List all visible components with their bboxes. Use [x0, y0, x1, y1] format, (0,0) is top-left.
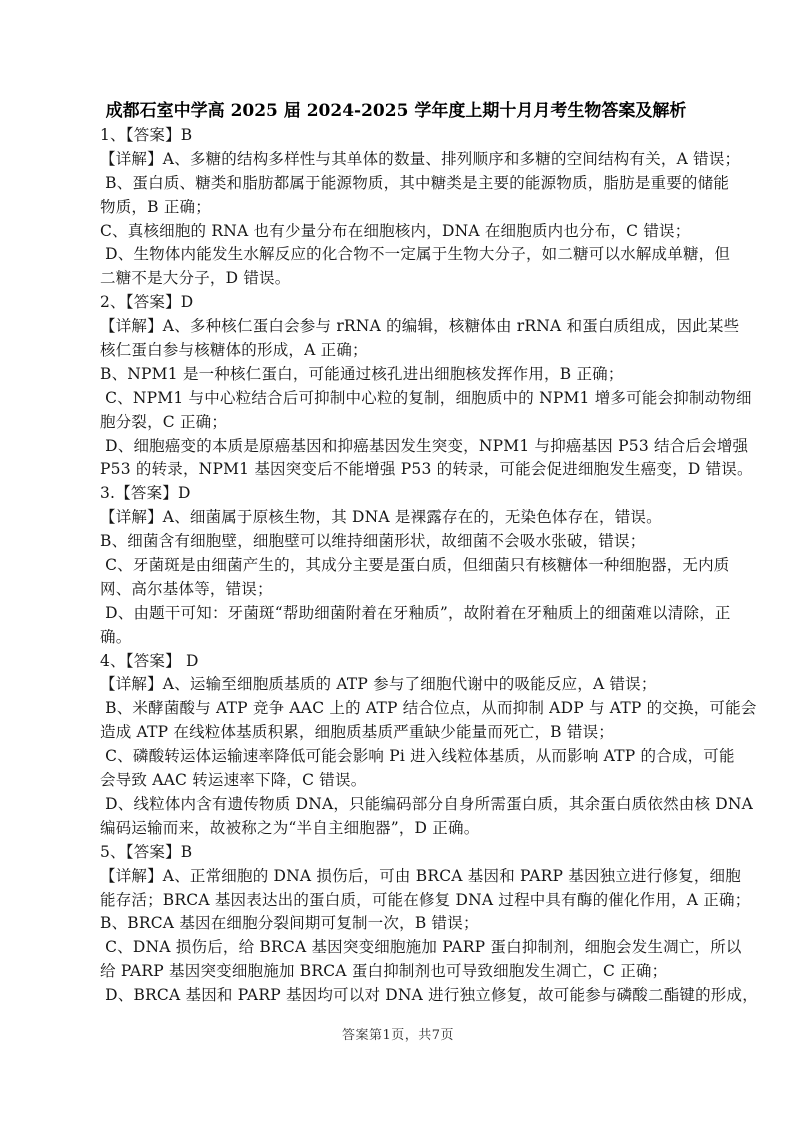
text-line: 能存活；BRCA 基因表达出的蛋白质，可能在修复 DNA 过程中具有酶的催化作用… — [100, 889, 696, 913]
question-block-3: 3.【答案】D 【详解】A、细菌属于原核生物，其 DNA 是裸露存在的，无染色体… — [100, 482, 696, 649]
text-line: D、线粒体内含有遗传物质 DNA，只能编码部分自身所需蛋白质，其余蛋白质依然由核… — [100, 793, 696, 817]
text-line: 核仁蛋白参与核糖体的形成，A 正确； — [100, 339, 696, 363]
question-block-1: 1、【答案】B 【详解】A、多糖的结构多样性与其单体的数量、排列顺序和多糖的空间… — [100, 124, 696, 291]
text-line: C、磷酸转运体运输速率降低可能会影响 Pi 进入线粒体基质，从而影响 ATP 的… — [100, 745, 696, 769]
text-line: 【详解】A、多种核仁蛋白会参与 rRNA 的编辑，核糖体由 rRNA 和蛋白质组… — [100, 315, 696, 339]
page-title: 成都石室中学高 2025 届 2024-2025 学年度上期十月月考生物答案及解… — [88, 96, 704, 121]
text-line: 胞分裂，C 正确； — [100, 411, 696, 435]
answer-line: 5、【答案】B — [100, 841, 696, 865]
answer-line: 2、【答案】D — [100, 291, 696, 315]
answer-line: 3.【答案】D — [100, 482, 696, 506]
text-line: B、BRCA 基因在细胞分裂间期可复制一次，B 错误； — [100, 912, 696, 936]
answer-line: 1、【答案】B — [100, 124, 696, 148]
text-line: D、细胞癌变的本质是原癌基因和抑癌基因发生突变，NPM1 与抑癌基因 P53 结… — [100, 435, 696, 459]
answer-line: 4、【答案】 D — [100, 650, 696, 674]
text-line: 编码运输而来，故被称之为“半自主细胞器”，D 正确。 — [100, 817, 696, 841]
question-block-5: 5、【答案】B 【详解】A、正常细胞的 DNA 损伤后，可由 BRCA 基因和 … — [100, 841, 696, 1008]
document-page: 成都石室中学高 2025 届 2024-2025 学年度上期十月月考生物答案及解… — [0, 0, 793, 1122]
page-footer: 答案第1页，共7页 — [100, 1024, 696, 1043]
question-block-4: 4、【答案】 D 【详解】A、运输至细胞质基质的 ATP 参与了细胞代谢中的吸能… — [100, 650, 696, 841]
text-line: C、DNA 损伤后，给 BRCA 基因突变细胞施加 PARP 蛋白抑制剂，细胞会… — [100, 936, 696, 960]
text-line: 【详解】A、正常细胞的 DNA 损伤后，可由 BRCA 基因和 PARP 基因独… — [100, 865, 696, 889]
text-line: B、米酵菌酸与 ATP 竞争 AAC 上的 ATP 结合位点，从而抑制 ADP … — [100, 697, 696, 721]
text-line: 物质，B 正确； — [100, 196, 696, 220]
text-line: B、蛋白质、糖类和脂肪都属于能源物质，其中糖类是主要的能源物质，脂肪是重要的储能 — [100, 172, 696, 196]
text-line: 给 PARP 基因突变细胞施加 BRCA 蛋白抑制剂也可导致细胞发生凋亡，C 正… — [100, 960, 696, 984]
text-line: B、细菌含有细胞壁，细胞壁可以维持细菌形状，故细菌不会吸水张破，错误； — [100, 530, 696, 554]
question-block-2: 2、【答案】D 【详解】A、多种核仁蛋白会参与 rRNA 的编辑，核糖体由 rR… — [100, 291, 696, 482]
text-line: 【详解】A、多糖的结构多样性与其单体的数量、排列顺序和多糖的空间结构有关，A 错… — [100, 148, 696, 172]
text-line: P53 的转录，NPM1 基因突变后不能增强 P53 的转录，可能会促进细胞发生… — [100, 458, 696, 482]
text-line: C、真核细胞的 RNA 也有少量分布在细胞核内，DNA 在细胞质内也分布，C 错… — [100, 220, 696, 244]
text-line: D、由题干可知：牙菌斑“帮助细菌附着在牙釉质”，故附着在牙釉质上的细菌难以清除，… — [100, 602, 696, 626]
text-line: B、NPM1 是一种核仁蛋白，可能通过核孔进出细胞核发挥作用，B 正确； — [100, 363, 696, 387]
text-line: C、牙菌斑是由细菌产生的，其成分主要是蛋白质，但细菌只有核糖体一种细胞器，无内质 — [100, 554, 696, 578]
text-line: D、生物体内能发生水解反应的化合物不一定属于生物大分子，如二糖可以水解成单糖，但 — [100, 243, 696, 267]
text-line: 确。 — [100, 626, 696, 650]
text-line: 网、高尔基体等，错误； — [100, 578, 696, 602]
text-line: D、BRCA 基因和 PARP 基因均可以对 DNA 进行独立修复，故可能参与磷… — [100, 984, 696, 1008]
text-line: 【详解】A、运输至细胞质基质的 ATP 参与了细胞代谢中的吸能反应，A 错误； — [100, 673, 696, 697]
text-line: 【详解】A、细菌属于原核生物，其 DNA 是裸露存在的，无染色体存在，错误。 — [100, 506, 696, 530]
text-line: 造成 ATP 在线粒体基质积累，细胞质基质严重缺少能量而死亡，B 错误； — [100, 721, 696, 745]
text-line: C、NPM1 与中心粒结合后可抑制中心粒的复制，细胞质中的 NPM1 增多可能会… — [100, 387, 696, 411]
answers-content: 1、【答案】B 【详解】A、多糖的结构多样性与其单体的数量、排列顺序和多糖的空间… — [100, 124, 696, 1008]
text-line: 二糖不是大分子，D 错误。 — [100, 267, 696, 291]
text-line: 会导致 AAC 转运速率下降，C 错误。 — [100, 769, 696, 793]
